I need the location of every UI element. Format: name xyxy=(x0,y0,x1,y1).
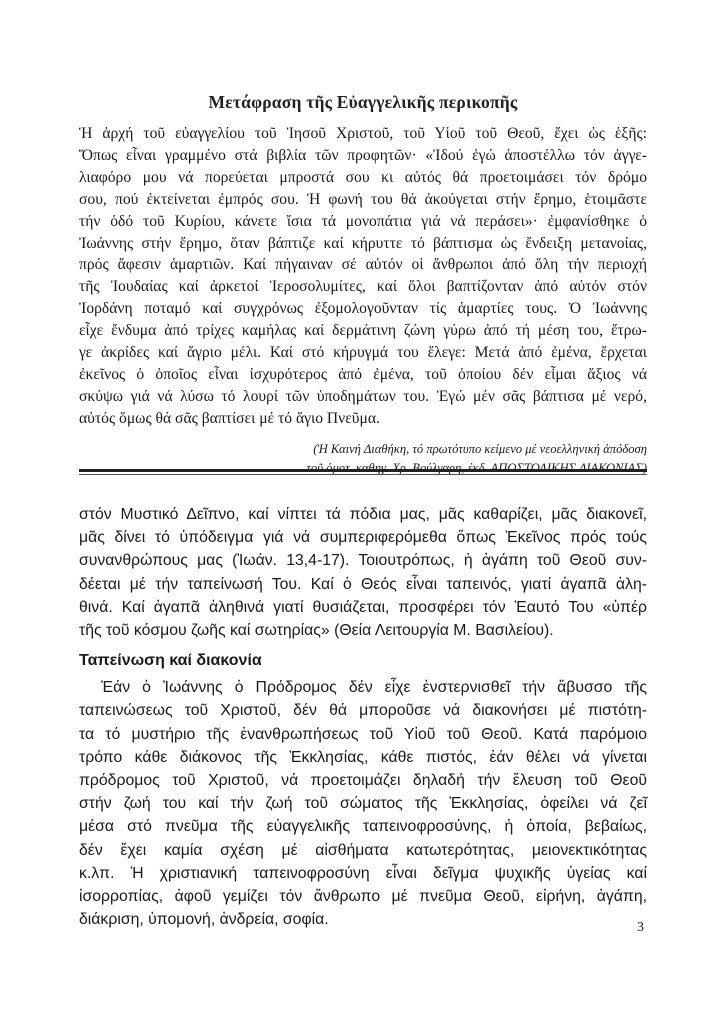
text-line: κ.λπ. Ἡ χριστιανική ταπεινοφροσύνη εἶναι… xyxy=(79,862,647,885)
text-line: θινά. Καί ἀγαπᾶ ἀληθινά γιατί θυσιάζεται… xyxy=(79,596,647,619)
text-line: μέσα στό πνεῦμα τῆς εὐαγγελικῆς ταπεινοφ… xyxy=(79,815,647,838)
text-line: ἐκεῖνος ὁ ὁποῖος εἶναι ἰσχυρότερος ἀπό ἐ… xyxy=(79,364,647,386)
text-line: εἶχε ἔνδυμα ἀπό τρίχες καμήλας καί δερμά… xyxy=(79,320,647,342)
text-line: τῆς τοῦ κόσμου ζωῆς καί σωτηρίας» (Θεία … xyxy=(79,619,647,642)
text-line: μᾶς δίνει τό ὑπόδειγμα γιά νά συμπεριφερ… xyxy=(79,526,647,549)
text-line: πρόδρομος τοῦ Χριστοῦ, νά προετοιμάζει δ… xyxy=(79,769,647,792)
text-line: ἰσορροπίας, ἀφοῦ γεμίζει τόν ἄνθρωπο μέ … xyxy=(79,885,647,908)
gospel-translation-paragraph: Ἡ ἀρχή τοῦ εὐαγγελίου τοῦ Ἰησοῦ Χριστοῦ,… xyxy=(79,123,647,430)
rule-thin-line xyxy=(79,474,647,475)
text-line: Ἰωάννης στήν ἔρημο, ὅταν βάπτιζε καί κήρ… xyxy=(79,233,647,255)
text-line: πρός ἄφεσιν ἁμαρτιῶν. Καί πήγαιναν σέ αὐ… xyxy=(79,254,647,276)
intro-paragraph: στόν Μυστικό Δεῖπνο, καί νίπτει τά πόδια… xyxy=(79,503,647,642)
text-line: ταπεινώσεως τοῦ Χριστοῦ, δέν θά μποροῦσε… xyxy=(79,699,647,722)
text-line: τρόπο κάθε διάκονος τῆς Ἐκκλησίας, κάθε … xyxy=(79,746,647,769)
document-page: Μετάφραση τῆς Εὐαγγελικῆς περικοπῆς Ἡ ἀρ… xyxy=(0,0,725,1024)
text-line: σκύψω γιά νά λύσω τό λουρί τῶν ὑποδημάτω… xyxy=(79,386,647,408)
text-line: αὐτός ὅμως θά σᾶς βαπτίσει μέ τό ἅγιο Πν… xyxy=(79,408,647,430)
section-title: Μετάφραση τῆς Εὐαγγελικῆς περικοπῆς xyxy=(79,90,647,114)
text-line: στήν ζωή του καί τήν ζωή τοῦ σώματος τῆς… xyxy=(79,792,647,815)
text-line: τῆς Ἰουδαίας καί ἀρκετοί Ἱεροσολυμίτες, … xyxy=(79,276,647,298)
text-line: διάκριση, ὑπομονή, ἀνδρεία, σοφία. xyxy=(79,908,647,931)
text-line: τα τό μυστήριο τῆς ἐνανθρωπήσεως τοῦ Υἱο… xyxy=(79,723,647,746)
text-line: σου, πού ἐκτείνεται ἐμπρός σου. Ἡ φωνή τ… xyxy=(79,189,647,211)
text-line: Ἰορδάνη ποταμό καί συγχρόνως ἐξομολογοῦν… xyxy=(79,298,647,320)
citation-line: (Ἡ Καινή Διαθήκη, τό πρωτότυπο κείμενο μ… xyxy=(79,440,647,459)
text-line: δέεται μέ τήν ταπείνωσή Του. Καί ὁ Θεός … xyxy=(79,573,647,596)
section-heading: Ταπείνωση καί διακονία xyxy=(79,650,647,672)
text-line: τήν ὁδό τοῦ Κυρίου, κάνετε ἴσια τά μονοπ… xyxy=(79,211,647,233)
double-rule-divider xyxy=(79,469,647,475)
text-line: στόν Μυστικό Δεῖπνο, καί νίπτει τά πόδια… xyxy=(79,503,647,526)
text-line: Ἐάν ὁ Ἰωάννης ὁ Πρόδρομος δέν εἶχε ἐνστε… xyxy=(79,676,647,699)
body-paragraph: Ἐάν ὁ Ἰωάννης ὁ Πρόδρομος δέν εἶχε ἐνστε… xyxy=(79,676,647,931)
text-line: Ἡ ἀρχή τοῦ εὐαγγελίου τοῦ Ἰησοῦ Χριστοῦ,… xyxy=(79,123,647,145)
text-line: Ὅπως εἶναι γραμμένο στά βιβλία τῶν προφη… xyxy=(79,145,647,167)
text-line: λιαφόρο μου νά πορεύεται μπροστά σου κι … xyxy=(79,167,647,189)
page-number: 3 xyxy=(637,920,644,936)
text-line: δέν ἔχει καμία σχέση μέ αἰσθήματα κατωτε… xyxy=(79,839,647,862)
gospel-translation-box: Μετάφραση τῆς Εὐαγγελικῆς περικοπῆς Ἡ ἀρ… xyxy=(79,90,647,478)
commentary-body: στόν Μυστικό Δεῖπνο, καί νίπτει τά πόδια… xyxy=(79,503,647,931)
text-line: συνανθρώπους μας (Ἰωάν. 13,4-17). Τοιουτ… xyxy=(79,549,647,572)
rule-thick-line xyxy=(79,469,647,472)
text-line: γε ἀκρίδες καί ἄγριο μέλι. Καί στό κήρυγ… xyxy=(79,342,647,364)
